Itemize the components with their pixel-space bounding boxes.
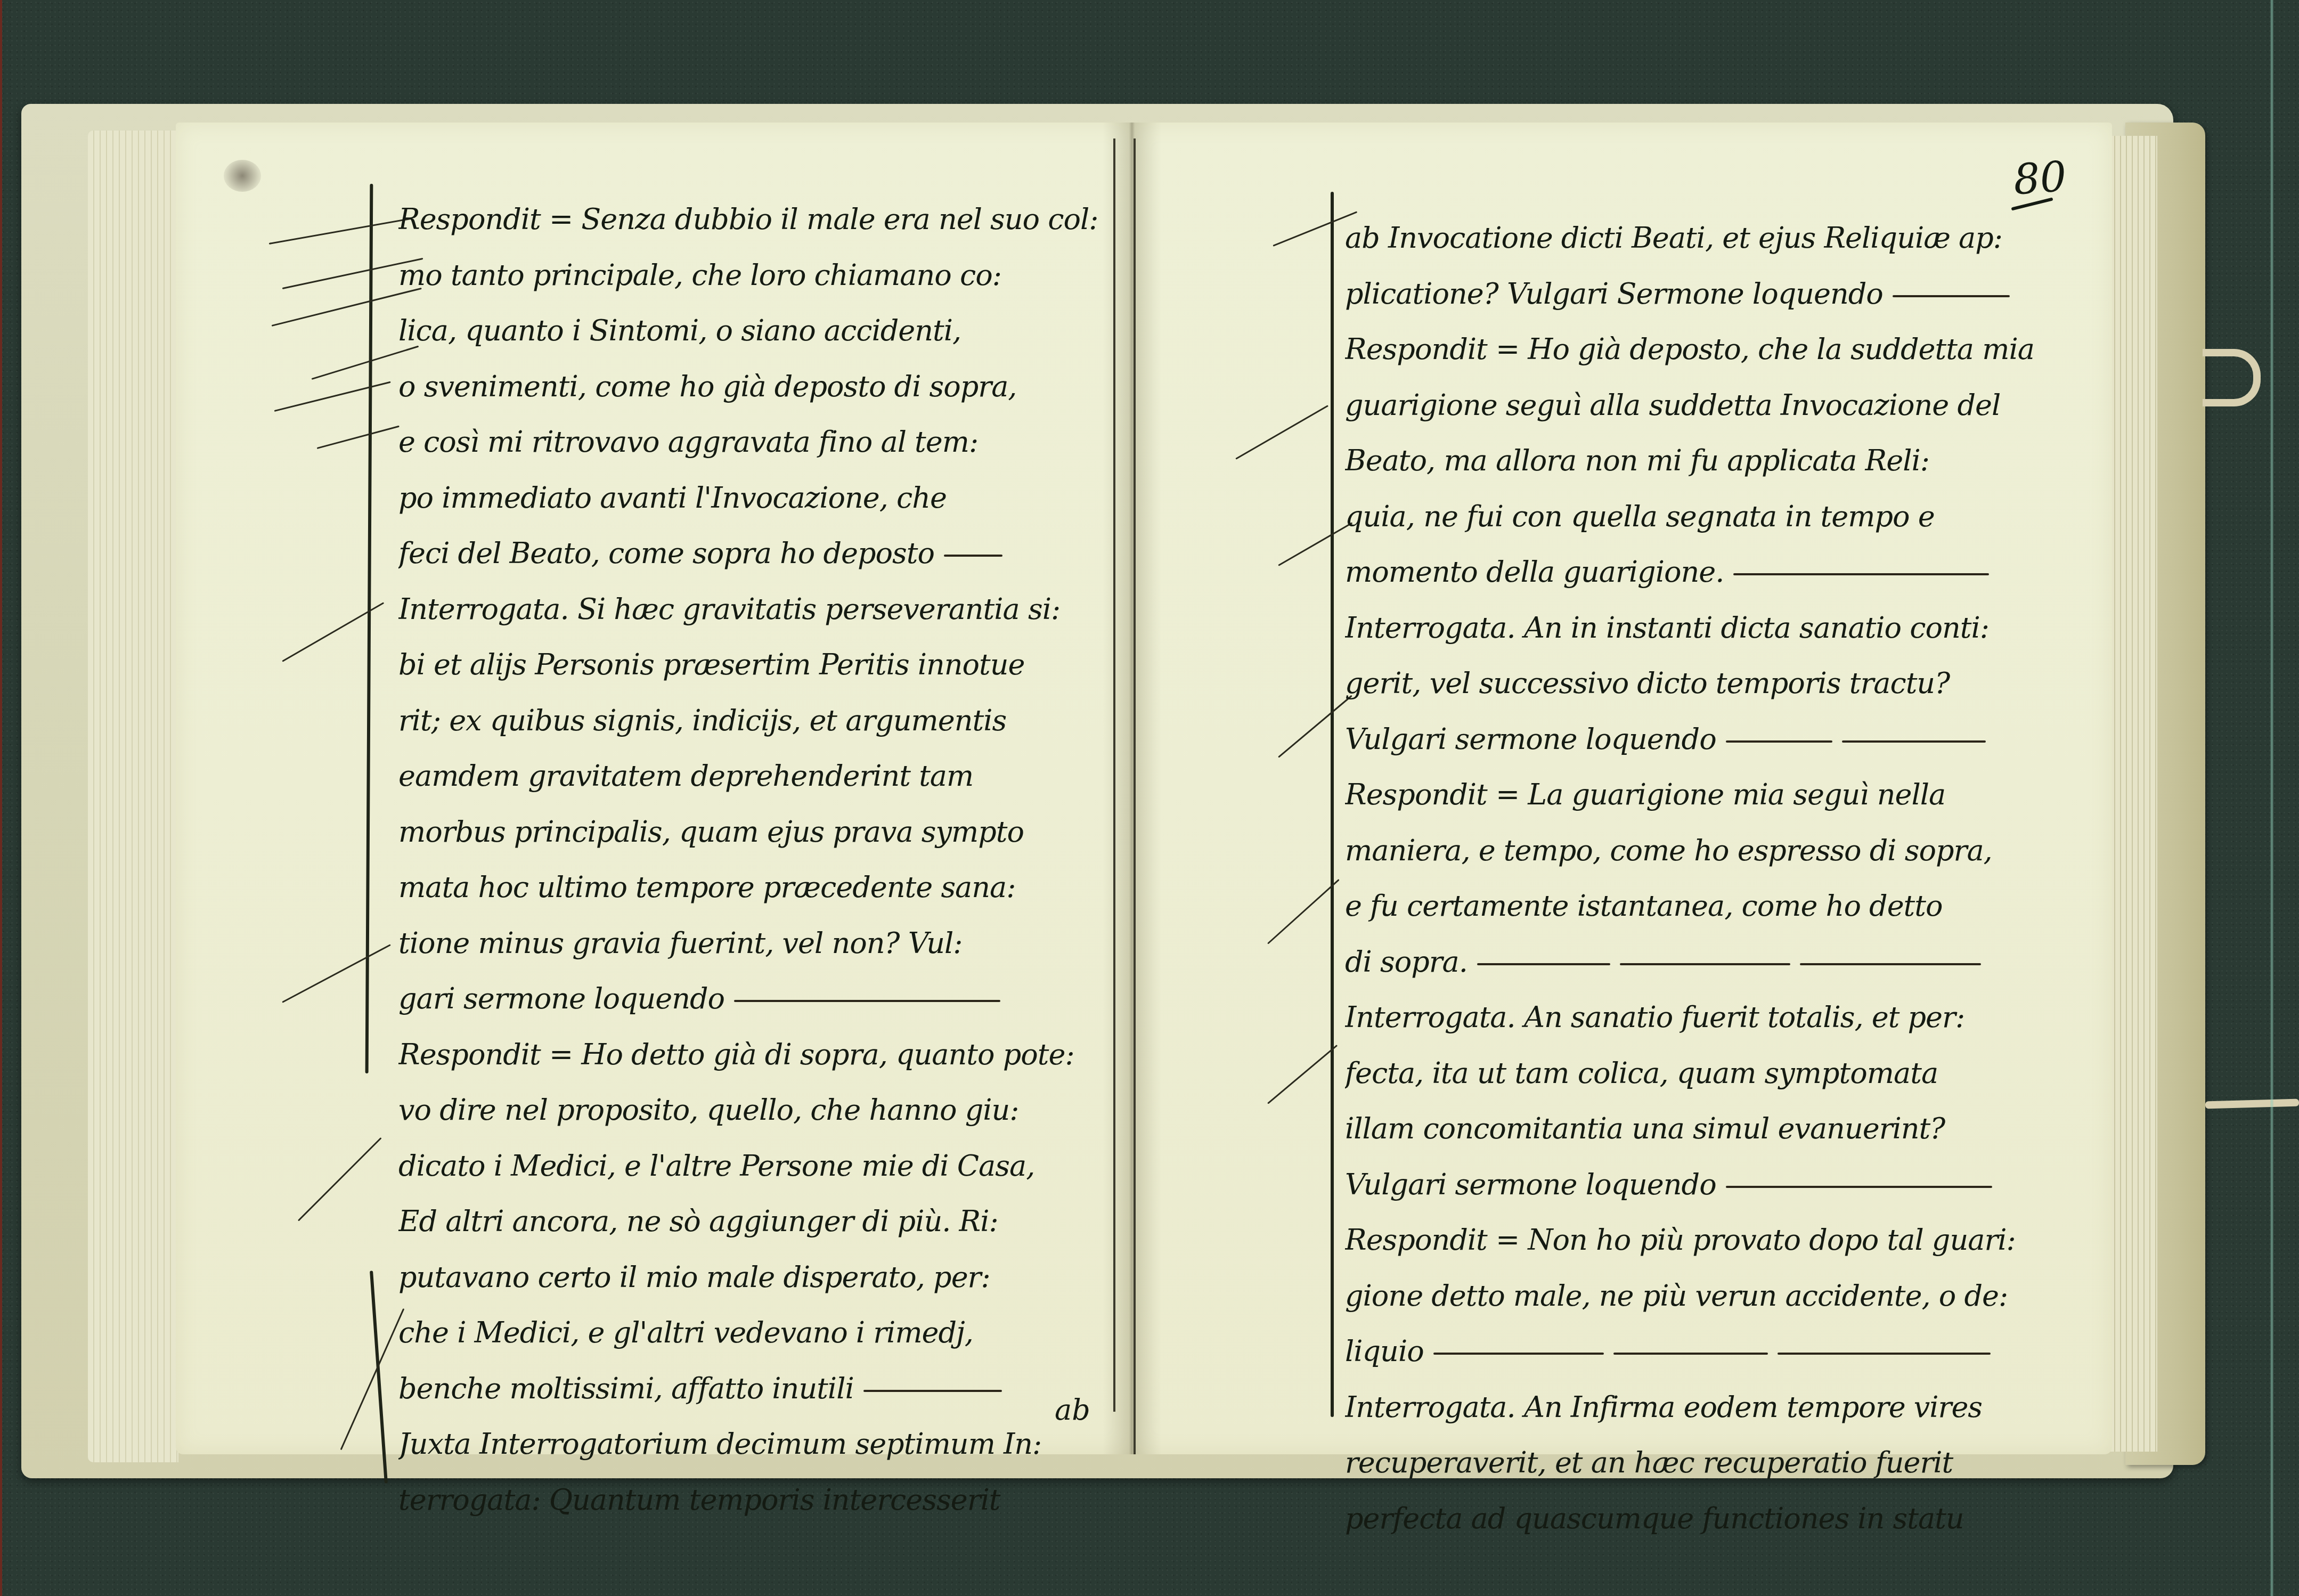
text-line: Vulgari sermone loquendo [1345, 712, 2101, 768]
text-line: Vulgari sermone loquendo [1345, 1157, 2101, 1213]
text-line: feci del Beato, come sopra ho deposto [398, 526, 1112, 582]
page-stack-right [2109, 136, 2157, 1452]
text-line: Beato, ma allora non mi fu applicata Rel… [1345, 433, 2101, 489]
line-filler-dash [1733, 573, 1989, 575]
right-page-text: ab Invocatione dicti Beati, et ejus Reli… [1345, 210, 2101, 1546]
text-line: recuperaverit, et an hæc recuperatio fue… [1345, 1435, 2101, 1491]
text-line: lica, quanto i Sintomi, o siano accident… [398, 303, 1112, 359]
text-line: terrogata: Quantum temporis intercesseri… [398, 1472, 1112, 1528]
line-filler-dash [863, 1390, 1002, 1392]
text-line: Juxta Interrogatorium decimum septimum I… [398, 1416, 1112, 1472]
line-filler-dash [1477, 963, 1610, 965]
text-line: quia, ne fui con quella segnata in tempo… [1345, 489, 2101, 545]
folio-number: 80 [2012, 153, 2068, 205]
text-line: Respondit = Ho detto già di sopra, quant… [398, 1027, 1112, 1083]
line-filler-dash [1726, 740, 1832, 743]
line-filler-dash [734, 1000, 1000, 1002]
scan-edge-strip [0, 0, 2, 1596]
line-filler-dash [1726, 1186, 1992, 1188]
text-line: bi et alijs Personis præsertim Peritis i… [398, 637, 1112, 693]
text-line: Interrogata. An sanatio fuerit totalis, … [1345, 990, 2101, 1046]
left-page-text: Respondit = Senza dubbio il male era nel… [398, 192, 1112, 1528]
text-line: di sopra. [1345, 934, 2101, 990]
text-line: fecta, ita ut tam colica, quam symptomat… [1345, 1046, 2101, 1102]
text-line: Respondit = Ho già deposto, che la sudde… [1345, 322, 2101, 378]
glass-edge-reflection [2270, 0, 2273, 1596]
text-line: e fu certamente istantanea, come ho dett… [1345, 878, 2101, 934]
line-filler-dash [1778, 1353, 1991, 1355]
text-line: Interrogata. Si hæc gravitatis persevera… [398, 582, 1112, 638]
text-line: Interrogata. An in instanti dicta sanati… [1345, 600, 2101, 656]
text-line: mo tanto principale, che loro chiamano c… [398, 248, 1112, 304]
text-line: Respondit = Senza dubbio il male era nel… [398, 192, 1112, 248]
text-line: perfecta ad quascumque functiones in sta… [1345, 1491, 2101, 1547]
text-line: eamdem gravitatem deprehenderint tam [398, 748, 1112, 804]
binding-tie-top [2203, 349, 2261, 406]
page-stack-left [88, 131, 178, 1462]
line-filler-dash [944, 555, 1002, 557]
text-line: Respondit = La guarigione mia seguì nell… [1345, 767, 2101, 823]
text-line: mata hoc ultimo tempore præcedente sana: [398, 860, 1112, 916]
left-page-edge-rule [1113, 139, 1115, 1412]
text-line: che i Medici, e gl'altri vedevano i rime… [398, 1305, 1112, 1361]
text-line: Interrogata. An Infirma eodem tempore vi… [1345, 1380, 2101, 1436]
text-line: momento della guarigione. [1345, 544, 2101, 600]
text-line: morbus principalis, quam ejus prava symp… [398, 804, 1112, 860]
ink-stain [224, 160, 261, 192]
text-line: Ed altri ancora, ne sò aggiunger di più.… [398, 1194, 1112, 1250]
text-line: putavano certo il mio male disperato, pe… [398, 1250, 1112, 1306]
line-filler-dash [1620, 963, 1790, 965]
text-line: o svenimenti, come ho già deposto di sop… [398, 359, 1112, 415]
line-filler-dash [1893, 295, 2010, 297]
text-line: gione detto male, ne più verun accidente… [1345, 1268, 2101, 1324]
text-line: Respondit = Non ho più provato dopo tal … [1345, 1212, 2101, 1268]
text-line: po immediato avanti l'Invocazione, che [398, 470, 1112, 526]
line-filler-dash [1800, 963, 1981, 965]
text-line: plicatione? Vulgari Sermone loquendo [1345, 266, 2101, 322]
line-filler-dash [1842, 740, 1986, 743]
text-line: vo dire nel proposito, quello, che hanno… [398, 1082, 1112, 1138]
text-line: gari sermone loquendo [398, 971, 1112, 1027]
line-filler-dash [1433, 1353, 1604, 1355]
text-line: tione minus gravia fuerint, vel non? Vul… [398, 916, 1112, 972]
text-line: dicato i Medici, e l'altre Persone mie d… [398, 1138, 1112, 1194]
text-line: guarigione seguì alla suddetta Invocazio… [1345, 378, 2101, 434]
text-line: maniera, e tempo, come ho espresso di so… [1345, 823, 2101, 879]
line-filler-dash [1613, 1353, 1768, 1355]
catchword: ab [1055, 1393, 1090, 1427]
text-line: illam concomitantia una simul evanuerint… [1345, 1101, 2101, 1157]
text-line: benche moltissimi, affatto inutili [398, 1361, 1112, 1417]
text-line: gerit, vel successivo dicto temporis tra… [1345, 656, 2101, 712]
binding-tie-bottom [2205, 1099, 2299, 1109]
text-line: rit; ex quibus signis, indicijs, et argu… [398, 693, 1112, 749]
right-page-edge-rule [1134, 139, 1136, 1454]
text-line: ab Invocatione dicti Beati, et ejus Reli… [1345, 210, 2101, 266]
text-line: liquio [1345, 1324, 2101, 1380]
right-margin-rule [1331, 192, 1334, 1417]
text-line: e così mi ritrovavo aggravata fino al te… [398, 414, 1112, 470]
